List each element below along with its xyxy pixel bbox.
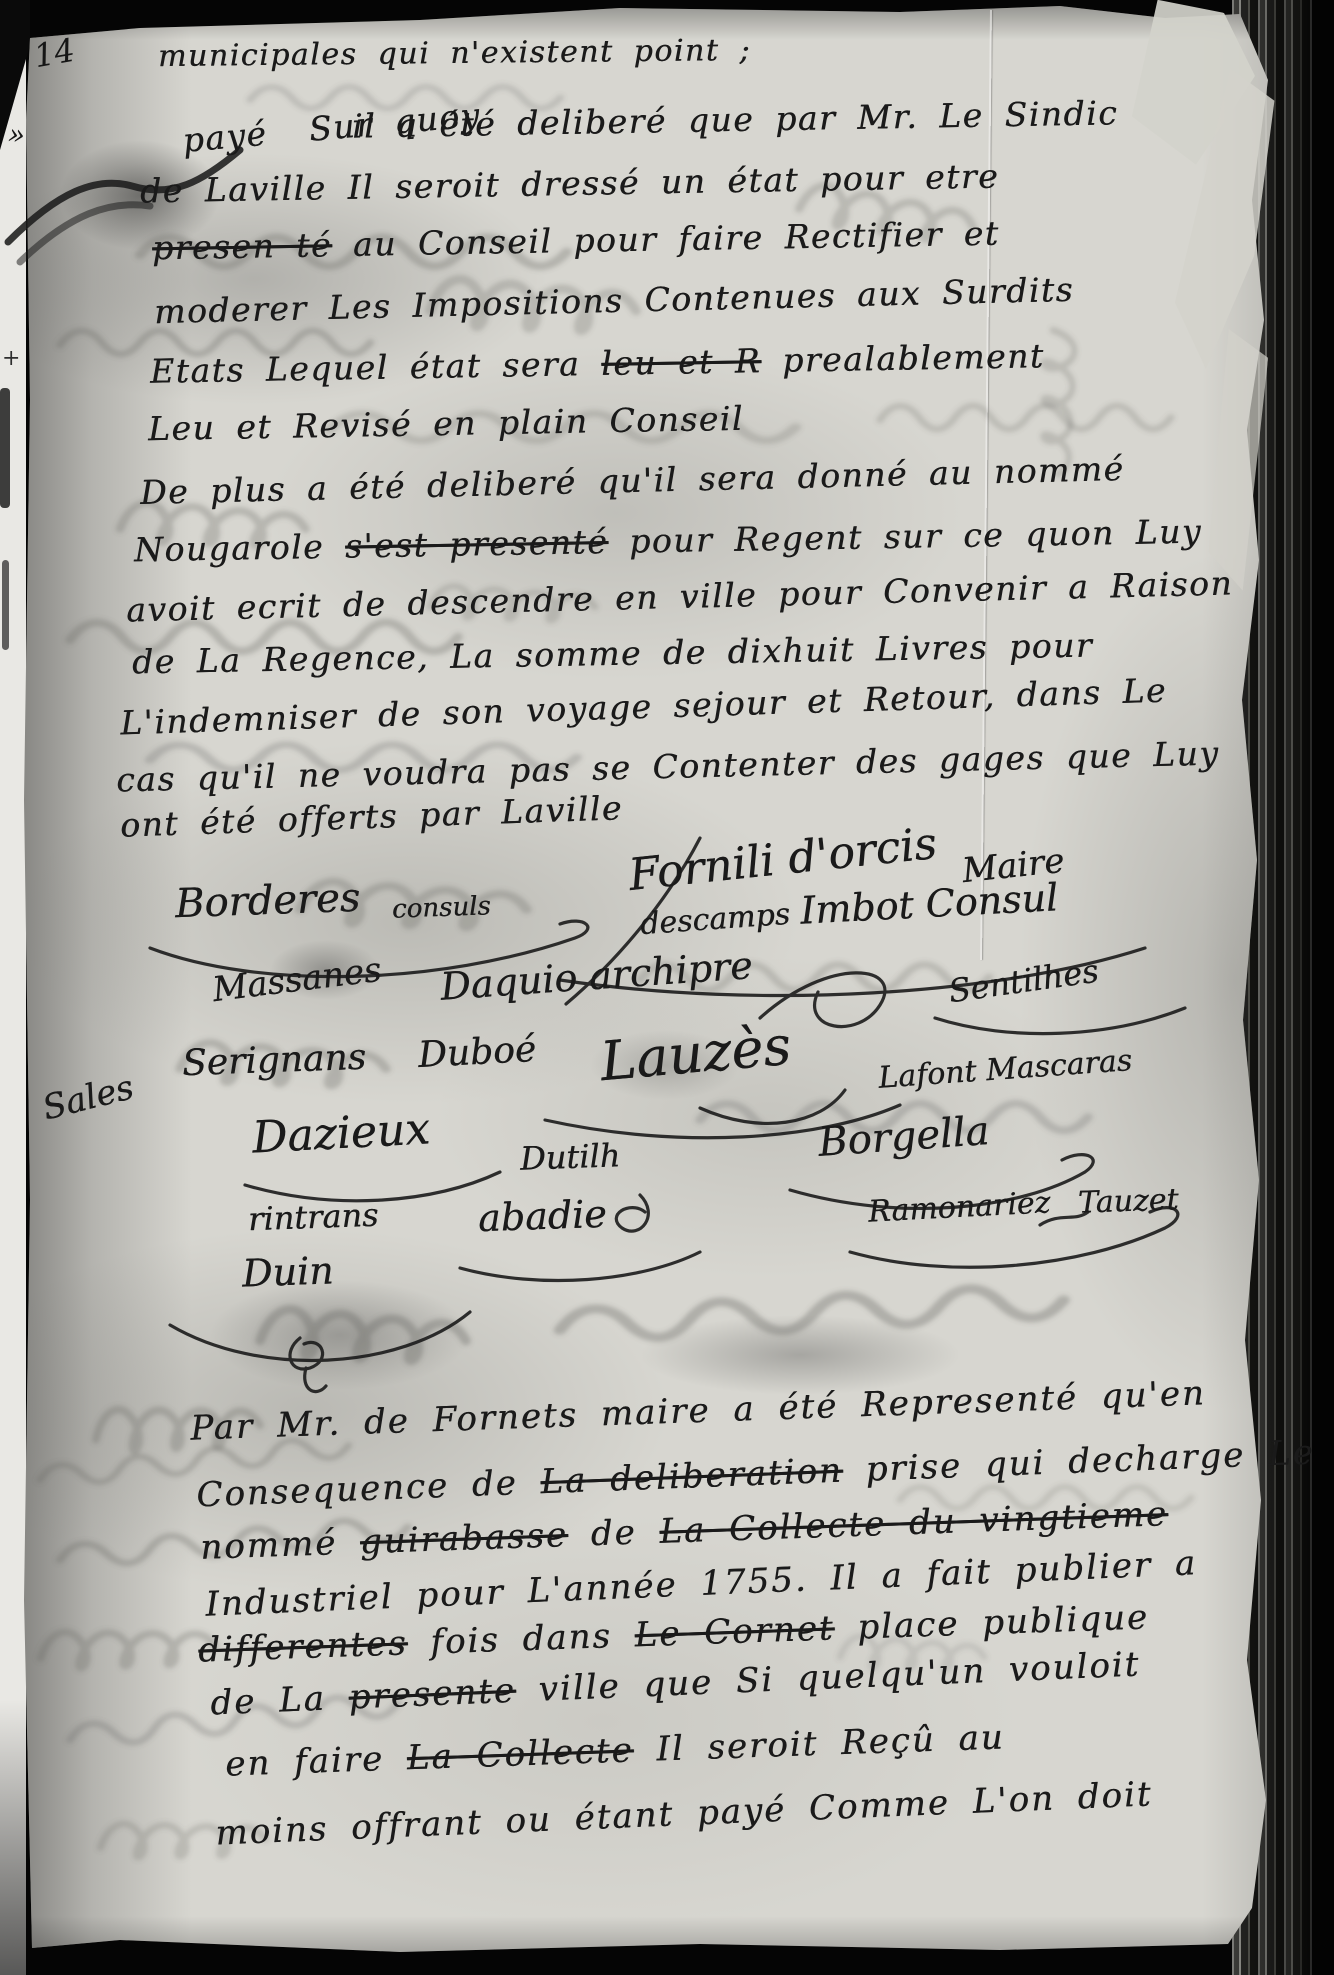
left-edge-shadow	[0, 1700, 26, 1975]
left-edge-mark	[0, 388, 10, 508]
signature-duboe: Duboé	[417, 1029, 537, 1076]
manuscript-line: municipales qui n'existent point ;	[158, 33, 751, 74]
signature-dutilh: Dutilh	[519, 1136, 620, 1177]
manuscript-scan: 14 » + municipales qui n'existent point …	[0, 0, 1334, 1975]
signature-serignans: Serignans	[181, 1037, 366, 1084]
signature-tauzet: Tauzet	[1077, 1182, 1179, 1220]
signature-consuls: consuls	[392, 891, 492, 924]
margin-cross-mark: +	[2, 346, 20, 371]
signature-borderes: Borderes	[174, 875, 361, 927]
ink-smudge	[210, 1280, 470, 1390]
left-edge-mark	[2, 560, 9, 650]
signature-duin: Duin	[241, 1248, 334, 1295]
scan-left-page-edge	[0, 0, 26, 1975]
book-spine	[1312, 0, 1334, 1975]
signature-dazieux: Dazieux	[251, 1103, 431, 1163]
margin-mark: »	[6, 117, 26, 152]
page-number: 14	[31, 31, 78, 75]
signature-abadie: abadie	[477, 1192, 607, 1240]
signature-rintrans: rintrans	[247, 1196, 379, 1239]
